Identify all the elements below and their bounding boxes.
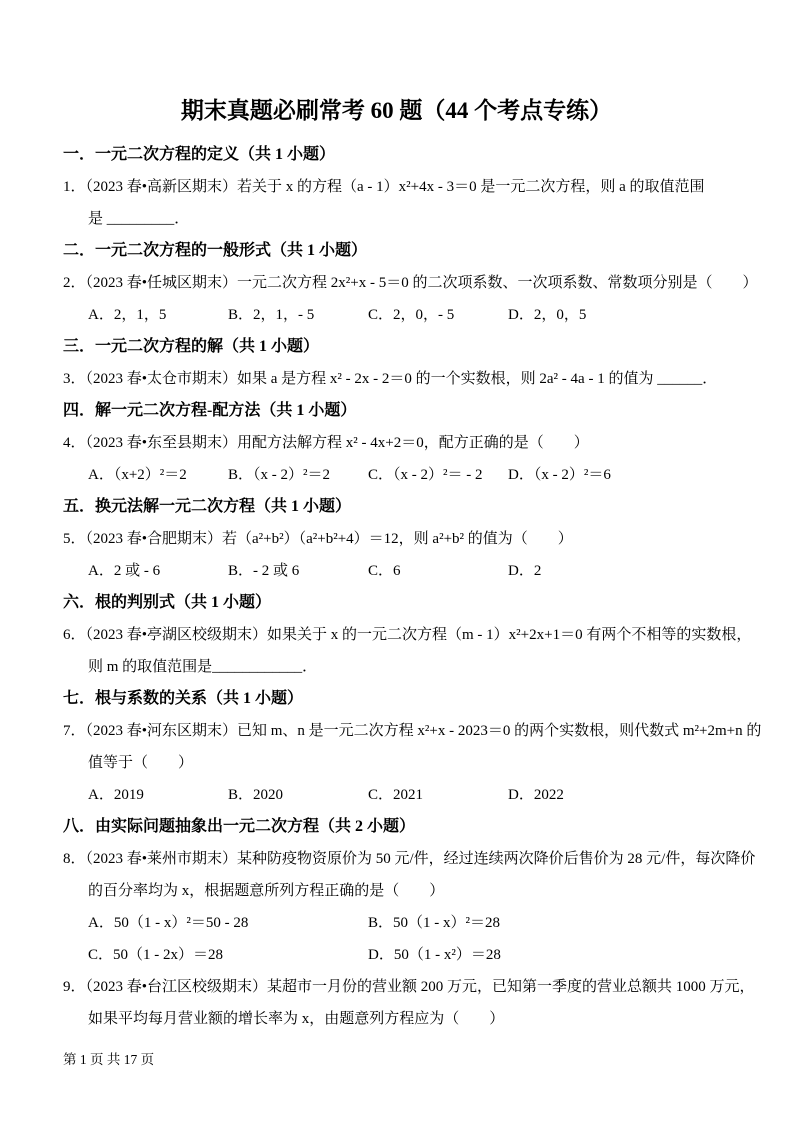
question-8-option-c: C．50（1 - 2x）＝28 (88, 939, 368, 971)
question-4-option-a: A．（x+2）²＝2 (88, 459, 228, 491)
section-heading-7: 七．根与系数的关系（共 1 小题） (63, 683, 730, 715)
document-page: 期末真题必刷常考 60 题（44 个考点专练） 一．一元二次方程的定义（共 1 … (0, 96, 793, 1035)
question-8-option-b: B．50（1 - x）²＝28 (368, 907, 500, 939)
question-8-line-2: 的百分率均为 x，根据题意所列方程正确的是（ ） (63, 875, 730, 907)
section-heading-8: 八．由实际问题抽象出一元二次方程（共 2 小题） (63, 811, 730, 843)
question-2-option-a: A．2，1，5 (88, 299, 228, 331)
question-2-option-b: B．2，1，- 5 (228, 299, 368, 331)
section-heading-2: 二．一元二次方程的一般形式（共 1 小题） (63, 235, 730, 267)
section-heading-4: 四．解一元二次方程-配方法（共 1 小题） (63, 395, 730, 427)
section-heading-6: 六．根的判别式（共 1 小题） (63, 587, 730, 619)
question-2-line-1: 2．（2023 春•任城区期末）一元二次方程 2x²+x - 5＝0 的二次项系… (63, 267, 730, 299)
question-6-line-1: 6．（2023 春•亭湖区校级期末）如果关于 x 的一元二次方程（m - 1）x… (63, 619, 730, 651)
page-title: 期末真题必刷常考 60 题（44 个考点专练） (63, 96, 730, 126)
question-5-option-c: C．6 (368, 555, 508, 587)
question-9-line-2: 如果平均每月营业额的增长率为 x，由题意列方程应为（ ） (63, 1003, 730, 1035)
question-9-line-1: 9．（2023 春•台江区校级期末）某超市一月份的营业额 200 万元，已知第一… (63, 971, 730, 1003)
question-7-option-a: A．2019 (88, 779, 228, 811)
question-4-option-c: C．（x - 2）²＝ - 2 (368, 459, 508, 491)
section-heading-5: 五．换元法解一元二次方程（共 1 小题） (63, 491, 730, 523)
question-3-line-1: 3．（2023 春•太仓市期末）如果 a 是方程 x² - 2x - 2＝0 的… (63, 363, 730, 395)
question-7-option-c: C．2021 (368, 779, 508, 811)
question-5-line-1: 5．（2023 春•合肥期末）若（a²+b²）（a²+b²+4）＝12，则 a²… (63, 523, 730, 555)
question-5-options: A．2 或 - 6 B．- 2 或 6 C．6 D．2 (63, 555, 730, 587)
question-7-option-b: B．2020 (228, 779, 368, 811)
question-4-options: A．（x+2）²＝2 B．（x - 2）²＝2 C．（x - 2）²＝ - 2 … (63, 459, 730, 491)
question-8-options-row-1: A．50（1 - x）²＝50 - 28 B．50（1 - x）²＝28 (63, 907, 730, 939)
question-7-option-d: D．2022 (508, 779, 564, 811)
question-2-option-d: D．2，0，5 (508, 299, 586, 331)
question-7-line-2: 值等于（ ） (63, 747, 730, 779)
page-footer: 第 1 页 共 17 页 (63, 1051, 154, 1069)
question-4-option-d: D．（x - 2）²＝6 (508, 459, 611, 491)
section-heading-1: 一．一元二次方程的定义（共 1 小题） (63, 139, 730, 171)
question-2-options: A．2，1，5 B．2，1，- 5 C．2，0，- 5 D．2，0，5 (63, 299, 730, 331)
question-7-options: A．2019 B．2020 C．2021 D．2022 (63, 779, 730, 811)
question-1-line-1: 1．（2023 春•高新区期末）若关于 x 的方程（a - 1）x²+4x - … (63, 171, 730, 203)
question-8-options-row-2: C．50（1 - 2x）＝28 D．50（1 - x²）＝28 (63, 939, 730, 971)
question-8-option-d: D．50（1 - x²）＝28 (368, 939, 501, 971)
question-5-option-b: B．- 2 或 6 (228, 555, 368, 587)
question-8-line-1: 8．（2023 春•莱州市期末）某种防疫物资原价为 50 元/件，经过连续两次降… (63, 843, 730, 875)
section-heading-3: 三．一元二次方程的解（共 1 小题） (63, 331, 730, 363)
question-5-option-a: A．2 或 - 6 (88, 555, 228, 587)
question-6-line-2: 则 m 的取值范围是____________． (63, 651, 730, 683)
question-1-line-2: 是 _________． (63, 203, 730, 235)
question-4-line-1: 4．（2023 春•东至县期末）用配方法解方程 x² - 4x+2＝0，配方正确… (63, 427, 730, 459)
question-4-option-b: B．（x - 2）²＝2 (228, 459, 368, 491)
question-2-option-c: C．2，0，- 5 (368, 299, 508, 331)
question-7-line-1: 7．（2023 春•河东区期末）已知 m、n 是一元二次方程 x²+x - 20… (63, 715, 730, 747)
question-8-option-a: A．50（1 - x）²＝50 - 28 (88, 907, 368, 939)
question-5-option-d: D．2 (508, 555, 541, 587)
